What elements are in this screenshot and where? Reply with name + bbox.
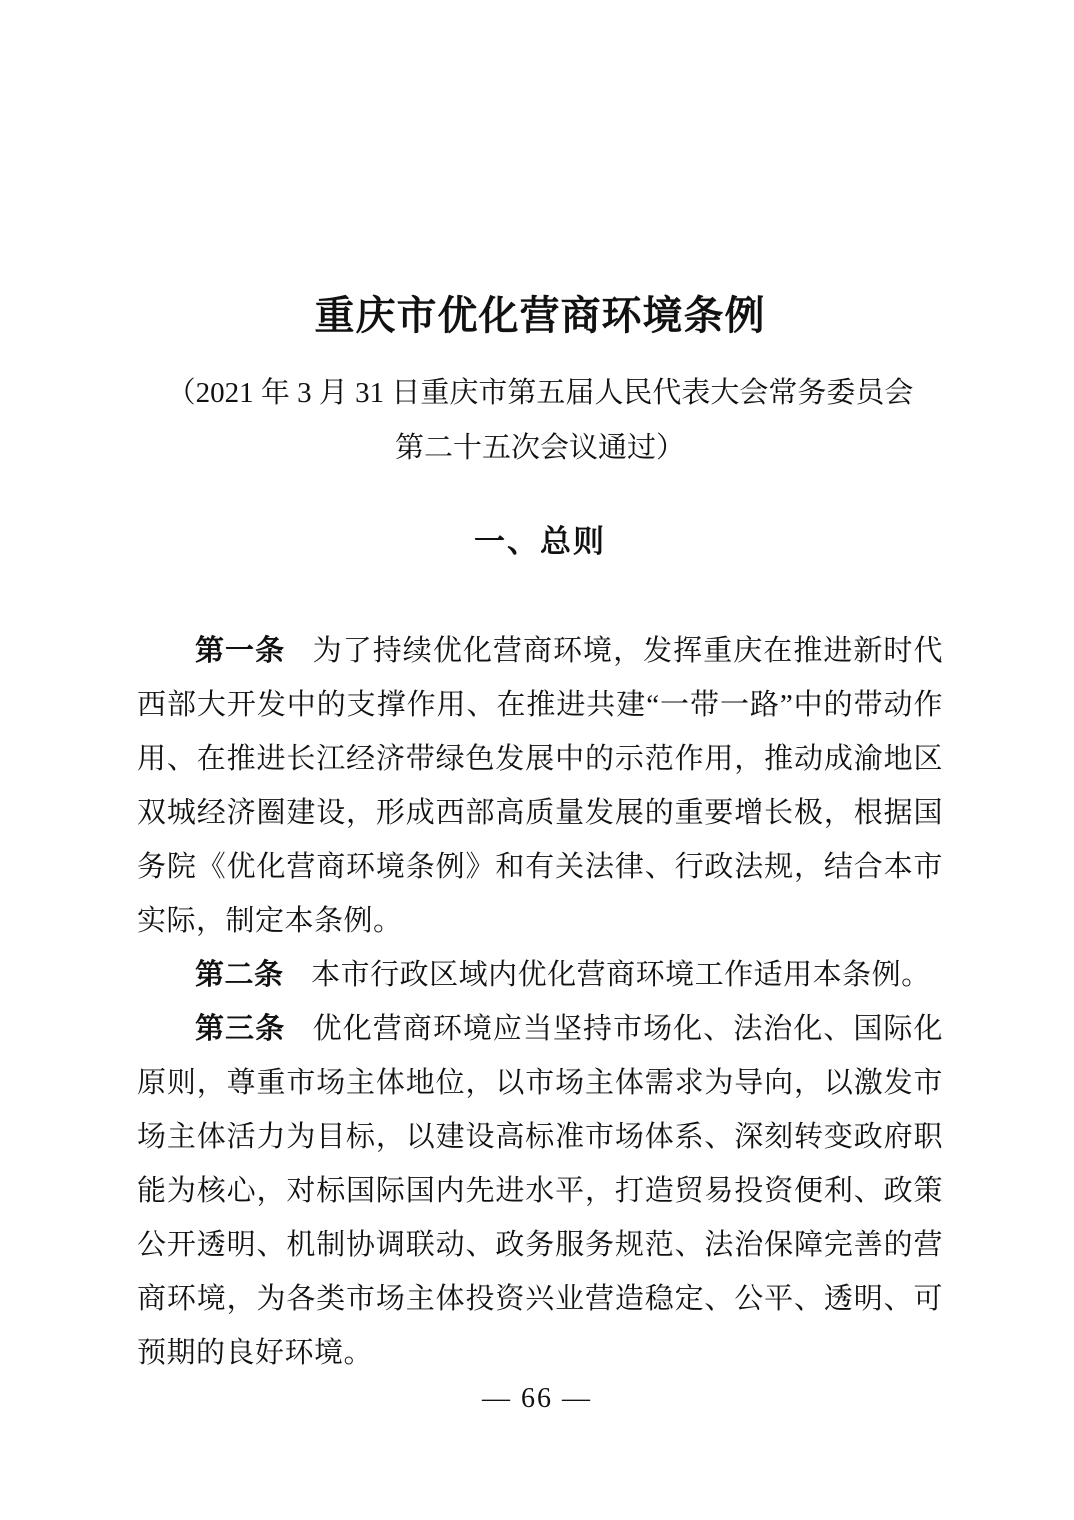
- article-3-number: 第三条: [195, 1013, 285, 1045]
- page-number: — 66 —: [0, 1383, 1074, 1415]
- article-1-number: 第一条: [195, 635, 285, 667]
- article-2-number: 第二条: [195, 959, 284, 991]
- article-3-text: 优化营商环境应当坚持市场化、法治化、国际化原则，尊重市场主体地位，以市场主体需求…: [137, 1013, 943, 1369]
- article-2-paragraph: 第二条本市行政区域内优化营商环境工作适用本条例。: [137, 948, 943, 1002]
- subtitle-line-2: 第二十五次会议通过）: [137, 421, 943, 476]
- document-subtitle: （2021 年 3 月 31 日重庆市第五届人民代表大会常务委员会 第二十五次会…: [137, 366, 943, 476]
- article-2-text: 本市行政区域内优化营商环境工作适用本条例。: [311, 959, 931, 991]
- article-3-paragraph: 第三条优化营商环境应当坚持市场化、法治化、国际化原则，尊重市场主体地位，以市场主…: [137, 1002, 943, 1380]
- article-1-paragraph: 第一条为了持续优化营商环境，发挥重庆在推进新时代西部大开发中的支撑作用、在推进共…: [137, 624, 943, 948]
- section-heading-general-provisions: 一、总则: [137, 524, 943, 560]
- subtitle-line-1: （2021 年 3 月 31 日重庆市第五届人民代表大会常务委员会: [137, 366, 943, 421]
- document-title: 重庆市优化营商环境条例: [137, 292, 943, 340]
- document-page: 重庆市优化营商环境条例 （2021 年 3 月 31 日重庆市第五届人民代表大会…: [0, 0, 1074, 1520]
- document-body: 第一条为了持续优化营商环境，发挥重庆在推进新时代西部大开发中的支撑作用、在推进共…: [137, 624, 943, 1380]
- article-1-text: 为了持续优化营商环境，发挥重庆在推进新时代西部大开发中的支撑作用、在推进共建“一…: [137, 635, 943, 937]
